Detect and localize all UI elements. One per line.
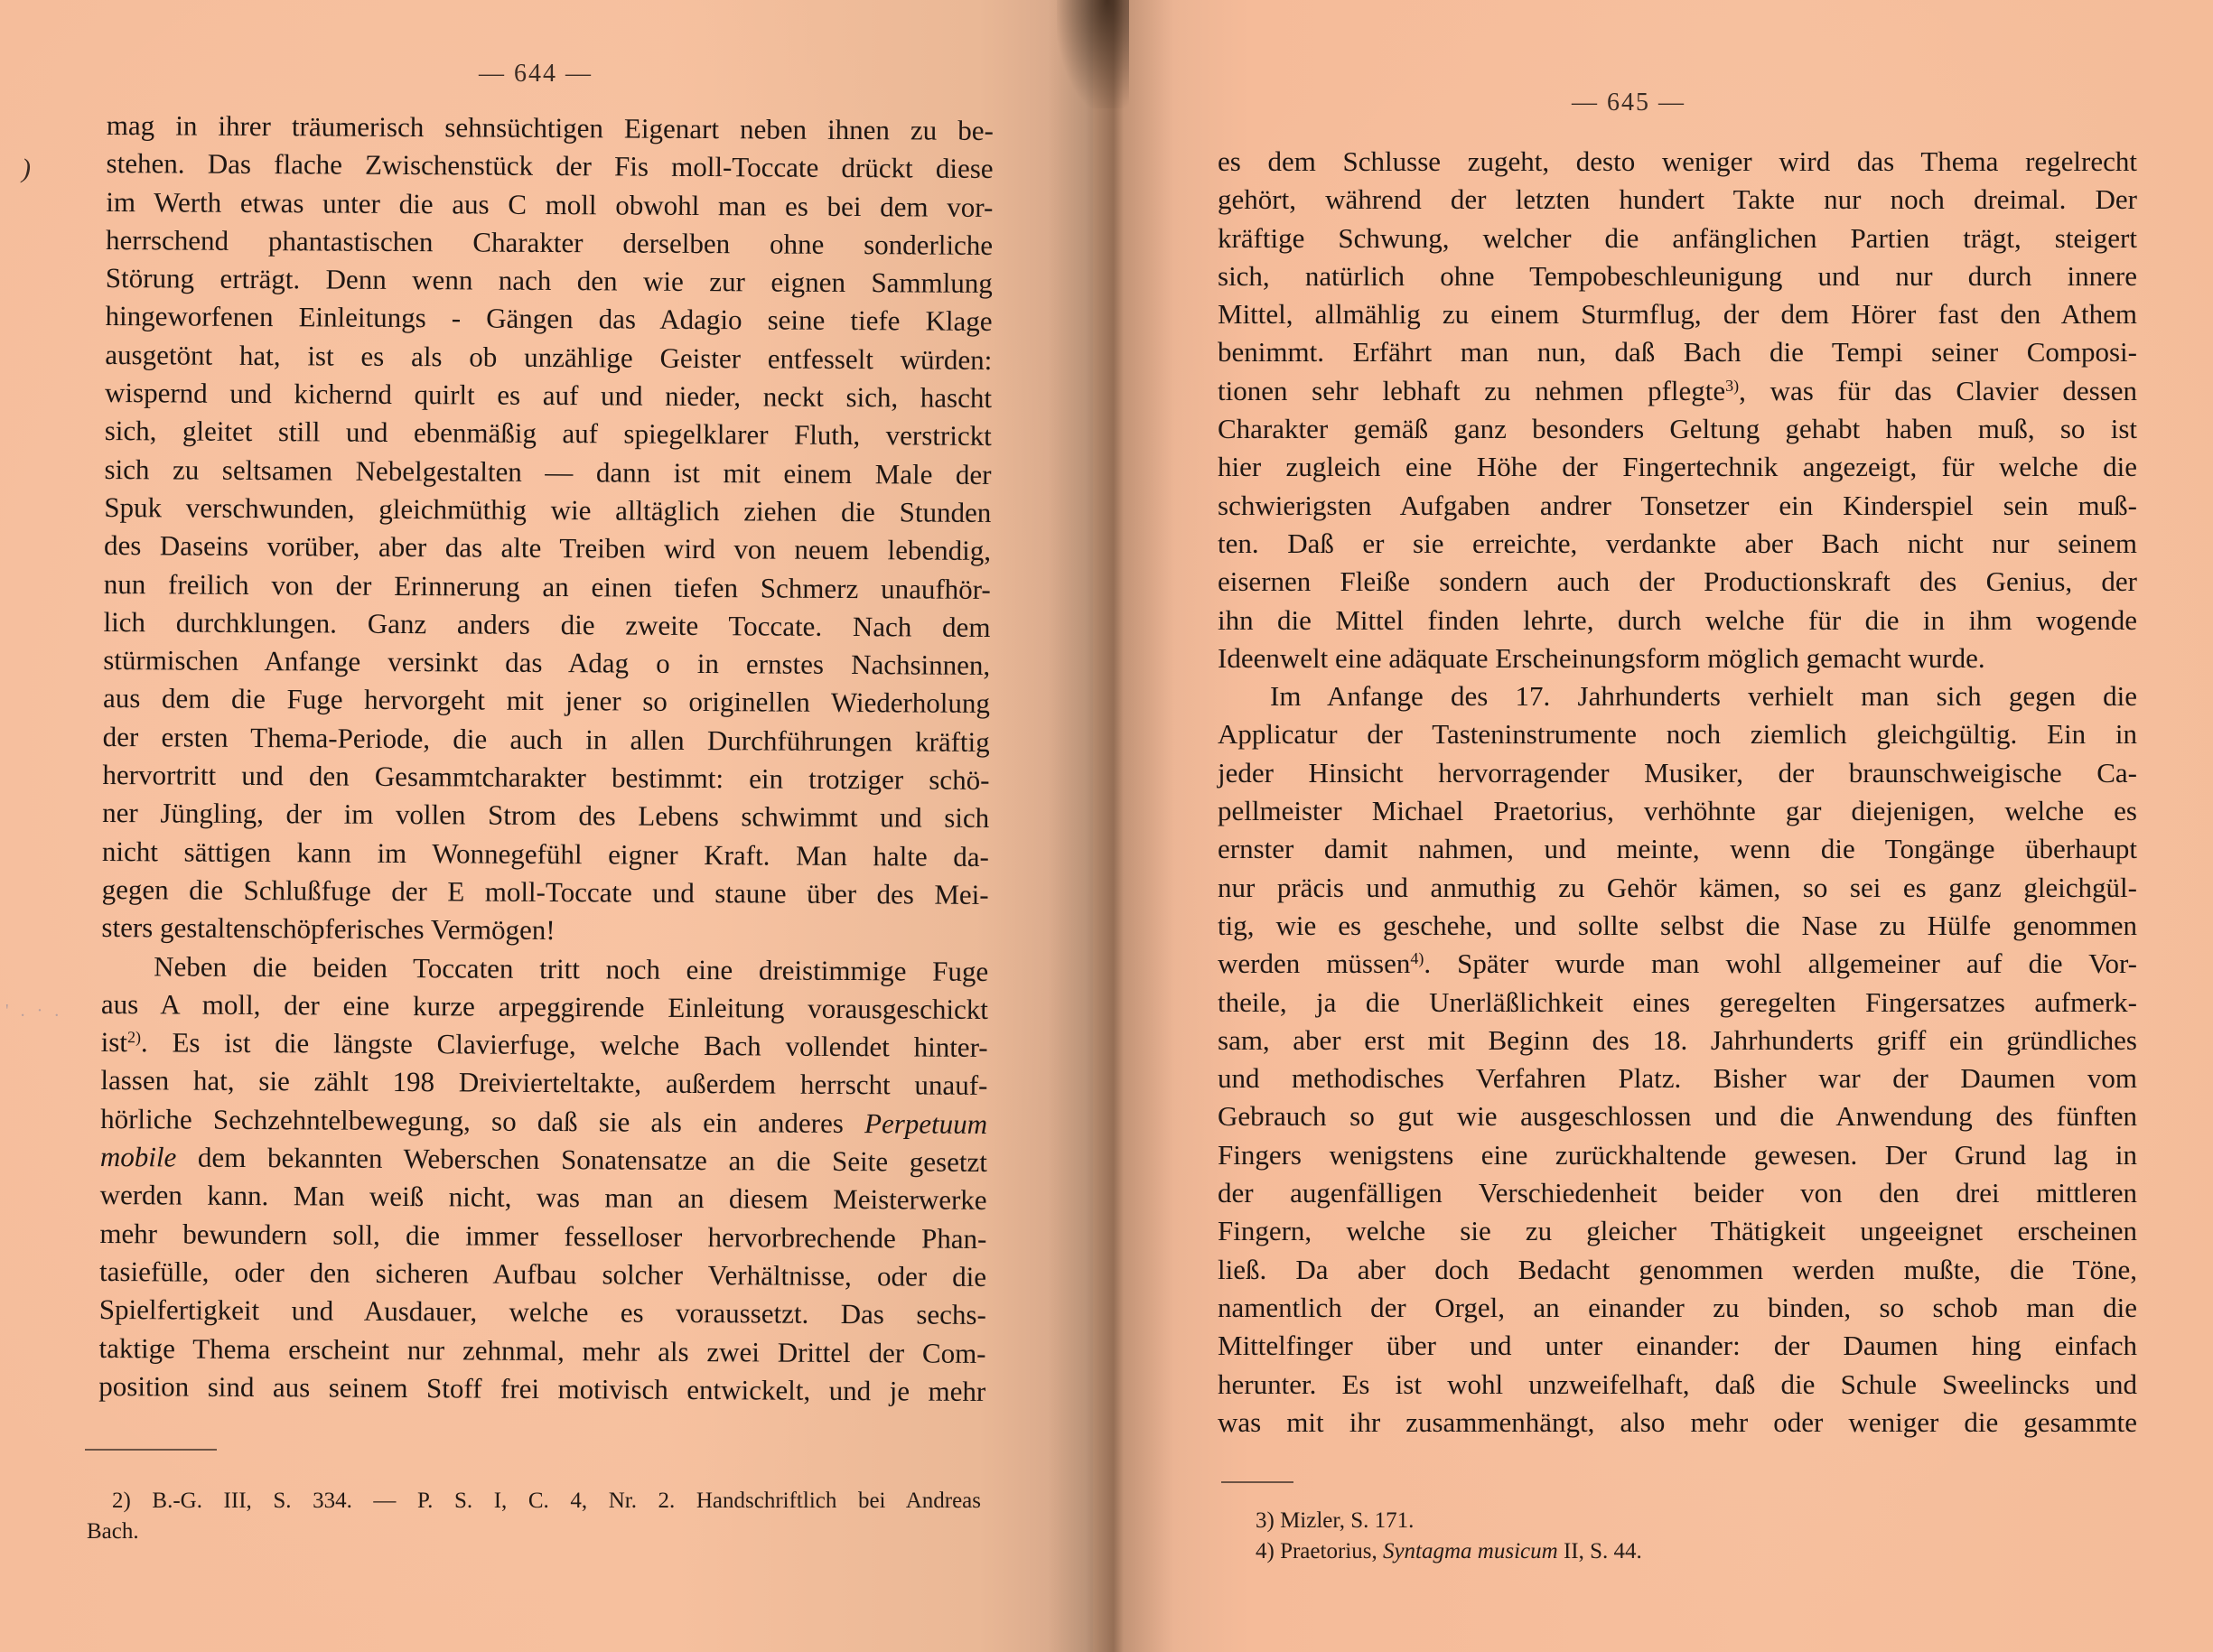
text-line: wispernd und kichernd quirlt es auf und … xyxy=(105,374,992,417)
line-text: dem bekannten Weberschen Sonatensatze an… xyxy=(198,1142,987,1178)
text-line: Fingers wenigstens eine zurückhaltende g… xyxy=(1218,1136,2137,1174)
text-line: ner Jüngling, der im vollen Strom des Le… xyxy=(102,794,989,837)
line-text: tionen sehr lebhaft zu nehmen pflegte xyxy=(1218,375,1725,406)
text-line: stehen. Das flache Zwischenstück der Fis… xyxy=(106,145,993,188)
footnote-ref-4[interactable]: 4) xyxy=(1410,949,1424,967)
text-line: im Werth etwas unter die aus C moll obwo… xyxy=(106,183,993,227)
text-line: stürmischen Anfange versinkt das Adag o … xyxy=(103,641,990,685)
text-line: sich, natürlich ohne Tempobeschleunigung… xyxy=(1218,257,2137,295)
text-line: lich durchklungen. Ganz anders die zweit… xyxy=(103,603,990,647)
line-text: werden müssen xyxy=(1218,947,1410,979)
footnote-2: 2) B.-G. III, S. 334. — P. S. I, C. 4, N… xyxy=(87,1486,981,1517)
line-text: . Später wurde man wohl allgemeiner auf … xyxy=(1424,947,2137,979)
text-line: position sind aus seinem Stoff frei moti… xyxy=(98,1367,985,1411)
left-page: — 644 — ) ' . · . mag in ihrer träumeris… xyxy=(0,0,1111,1652)
italic-term: mobile xyxy=(100,1141,177,1173)
page-number-left: — 644 — xyxy=(479,60,593,89)
text-line: der augenfälligen Verschiedenheit beider… xyxy=(1218,1174,2137,1212)
text-line: schwierigsten Aufgaben andrer Tonsetzer … xyxy=(1218,487,2137,525)
text-line: ließ. Da aber doch Bedacht genommen werd… xyxy=(1218,1251,2137,1289)
line-text: hörliche Sechzehntelbewegung, so daß sie… xyxy=(100,1103,844,1139)
text-line-with-italic: mobile dem bekannten Weberschen Sonatens… xyxy=(100,1138,987,1181)
line-text: ist xyxy=(101,1026,128,1058)
text-line: hervortritt und den Gesammtcharakter bes… xyxy=(102,756,989,799)
text-line: mag in ihrer träumerisch sehnsüchtigen E… xyxy=(107,107,994,150)
right-page-body-text: es dem Schlusse zugeht, desto weniger wi… xyxy=(1218,143,2137,1442)
text-line: aus A moll, der eine kurze arpeggirende … xyxy=(101,985,988,1029)
text-line: tig, wie es geschehe, und sollte selbst … xyxy=(1218,907,2137,945)
text-line: der ersten Thema-Periode, die auch in al… xyxy=(103,718,990,761)
text-line-with-footnote-ref: tionen sehr lebhaft zu nehmen pflegte3),… xyxy=(1218,372,2137,410)
text-line: lassen hat, sie zählt 198 Dreivierteltak… xyxy=(100,1061,987,1105)
text-line-with-footnote-ref: ist2). Es ist die längste Clavierfuge, w… xyxy=(101,1023,988,1067)
line-text: , was für das Clavier dessen xyxy=(1739,375,2137,406)
footnotes-left: 2) B.-G. III, S. 334. — P. S. I, C. 4, N… xyxy=(87,1486,981,1547)
text-line: nur präcis und anmuthig zu Gehör kämen, … xyxy=(1218,869,2137,907)
text-line: aus dem die Fuge hervorgeht mit jener so… xyxy=(103,679,990,723)
text-line: Störung erträgt. Denn wenn nach den wie … xyxy=(106,259,993,303)
text-line: jeder Hinsicht hervorragender Musiker, d… xyxy=(1218,754,2137,792)
footnote-ref-2[interactable]: 2) xyxy=(127,1028,141,1046)
line-text: . Es ist die längste Clavierfuge, welche… xyxy=(141,1026,988,1063)
text-line: gegen die Schlußfuge der E moll-Toccate … xyxy=(102,871,989,914)
text-line: mehr bewundern soll, die immer fessellos… xyxy=(99,1215,986,1258)
text-line: ihn die Mittel finden lehrte, durch welc… xyxy=(1218,602,2137,639)
text-line: Mittelfinger über und unter einander: de… xyxy=(1218,1327,2137,1365)
text-line-paragraph-end: sters gestaltenschöpferisches Vermögen! xyxy=(101,909,988,952)
left-page-body-text: mag in ihrer träumerisch sehnsüchtigen E… xyxy=(98,107,994,1411)
text-line: pellmeister Michael Praetorius, verhöhnt… xyxy=(1218,792,2137,830)
margin-pencil-mark: ) xyxy=(22,154,31,184)
text-line: herunter. Es ist wohl unzweifelhaft, daß… xyxy=(1218,1366,2137,1404)
footnote-text: II, S. 44. xyxy=(1558,1539,1642,1563)
text-line: und methodisches Verfahren Platz. Bisher… xyxy=(1218,1059,2137,1097)
text-line: theile, ja die Unerläßlichkeit eines ger… xyxy=(1218,984,2137,1022)
text-line: Charakter gemäß ganz besonders Geltung g… xyxy=(1218,410,2137,448)
text-line: nicht sättigen kann im Wonnegefühl eigne… xyxy=(102,833,989,876)
text-line: sam, aber erst mit Beginn des 18. Jahrhu… xyxy=(1218,1022,2137,1059)
footnote-ref-3[interactable]: 3) xyxy=(1725,377,1739,395)
text-line: taktige Thema erscheint nur zehnmal, meh… xyxy=(98,1329,985,1372)
text-line: benimmt. Erfährt man nun, daß Bach die T… xyxy=(1218,333,2137,371)
footnote-divider xyxy=(85,1449,217,1451)
text-line: nun freilich von der Erinnerung an einen… xyxy=(104,565,991,609)
margin-ink-smudge: ' . · . xyxy=(5,1001,62,1022)
text-line: hier zugleich eine Höhe der Fingertechni… xyxy=(1218,448,2137,486)
text-line: Gebrauch so gut wie ausgeschlossen und d… xyxy=(1218,1097,2137,1135)
text-line: hingeworfenen Einleitungs - Gängen das A… xyxy=(105,297,992,341)
text-line: eisernen Fleiße sondern auch der Product… xyxy=(1218,563,2137,601)
footnote-3: 3) Mizler, S. 171. xyxy=(1256,1506,1978,1536)
text-line: sich zu seltsamen Nebelgestalten — dann … xyxy=(104,451,991,494)
text-line: Spuk verschwunden, gleichmüthig wie allt… xyxy=(104,489,991,532)
text-line: Spielfertigkeit und Ausdauer, welche es … xyxy=(99,1291,986,1334)
text-line: ten. Daß er sie erreichte, verdankte abe… xyxy=(1218,525,2137,563)
text-line: Applicatur der Tasteninstrumente noch zi… xyxy=(1218,715,2137,753)
text-line-with-footnote-ref: werden müssen4). Später wurde man wohl a… xyxy=(1218,945,2137,983)
text-line: herrschend phantastischen Charakter ders… xyxy=(106,221,993,265)
text-line: Fingern, welche sie zu gleicher Thätigke… xyxy=(1218,1212,2137,1250)
text-line: Mittel, allmählig zu einem Sturmflug, de… xyxy=(1218,295,2137,333)
footnotes-right: 3) Mizler, S. 171. 4) Praetorius, Syntag… xyxy=(1256,1506,1978,1567)
text-line: ernster damit nahmen, und meinte, wenn d… xyxy=(1218,830,2137,868)
right-page: — 645 — es dem Schlusse zugeht, desto we… xyxy=(1093,0,2213,1652)
footnote-4: 4) Praetorius, Syntagma musicum II, S. 4… xyxy=(1256,1536,1978,1567)
text-line-with-italic: hörliche Sechzehntelbewegung, so daß sie… xyxy=(100,1100,987,1143)
text-line-paragraph-start: Im Anfange des 17. Jahrhunderts verhielt… xyxy=(1218,677,2137,715)
text-line: was mit ihr zusammenhängt, also mehr ode… xyxy=(1218,1404,2137,1442)
footnote-2-continuation: Bach. xyxy=(87,1517,981,1547)
text-line-paragraph-start: Neben die beiden Toccaten tritt noch ein… xyxy=(101,947,988,991)
text-line: kräftige Schwung, welcher die anfänglich… xyxy=(1218,219,2137,257)
book-spread: — 644 — ) ' . · . mag in ihrer träumeris… xyxy=(0,0,2213,1652)
footnote-divider xyxy=(1221,1481,1293,1483)
footnote-text: 4) Praetorius, xyxy=(1256,1539,1377,1563)
text-line-paragraph-end: Ideenwelt eine adäquate Erscheinungsform… xyxy=(1218,639,2137,677)
text-line: des Daseins vorüber, aber das alte Treib… xyxy=(104,527,991,570)
page-number-right: — 645 — xyxy=(1572,89,1685,117)
italic-title: Syntagma musicum xyxy=(1383,1539,1558,1563)
text-line: ausgetönt hat, ist es als ob unzählige G… xyxy=(105,336,992,379)
text-line: werden kann. Man weiß nicht, was man an … xyxy=(100,1176,987,1219)
text-line: sich, gleitet still und ebenmäßig auf sp… xyxy=(105,412,992,455)
text-line: gehört, während der letzten hundert Takt… xyxy=(1218,181,2137,219)
italic-term: Perpetuum xyxy=(864,1107,987,1140)
text-line: es dem Schlusse zugeht, desto weniger wi… xyxy=(1218,143,2137,181)
text-line: namentlich der Orgel, an einander zu bin… xyxy=(1218,1289,2137,1327)
text-line: tasiefülle, oder den sicheren Aufbau sol… xyxy=(99,1253,986,1296)
